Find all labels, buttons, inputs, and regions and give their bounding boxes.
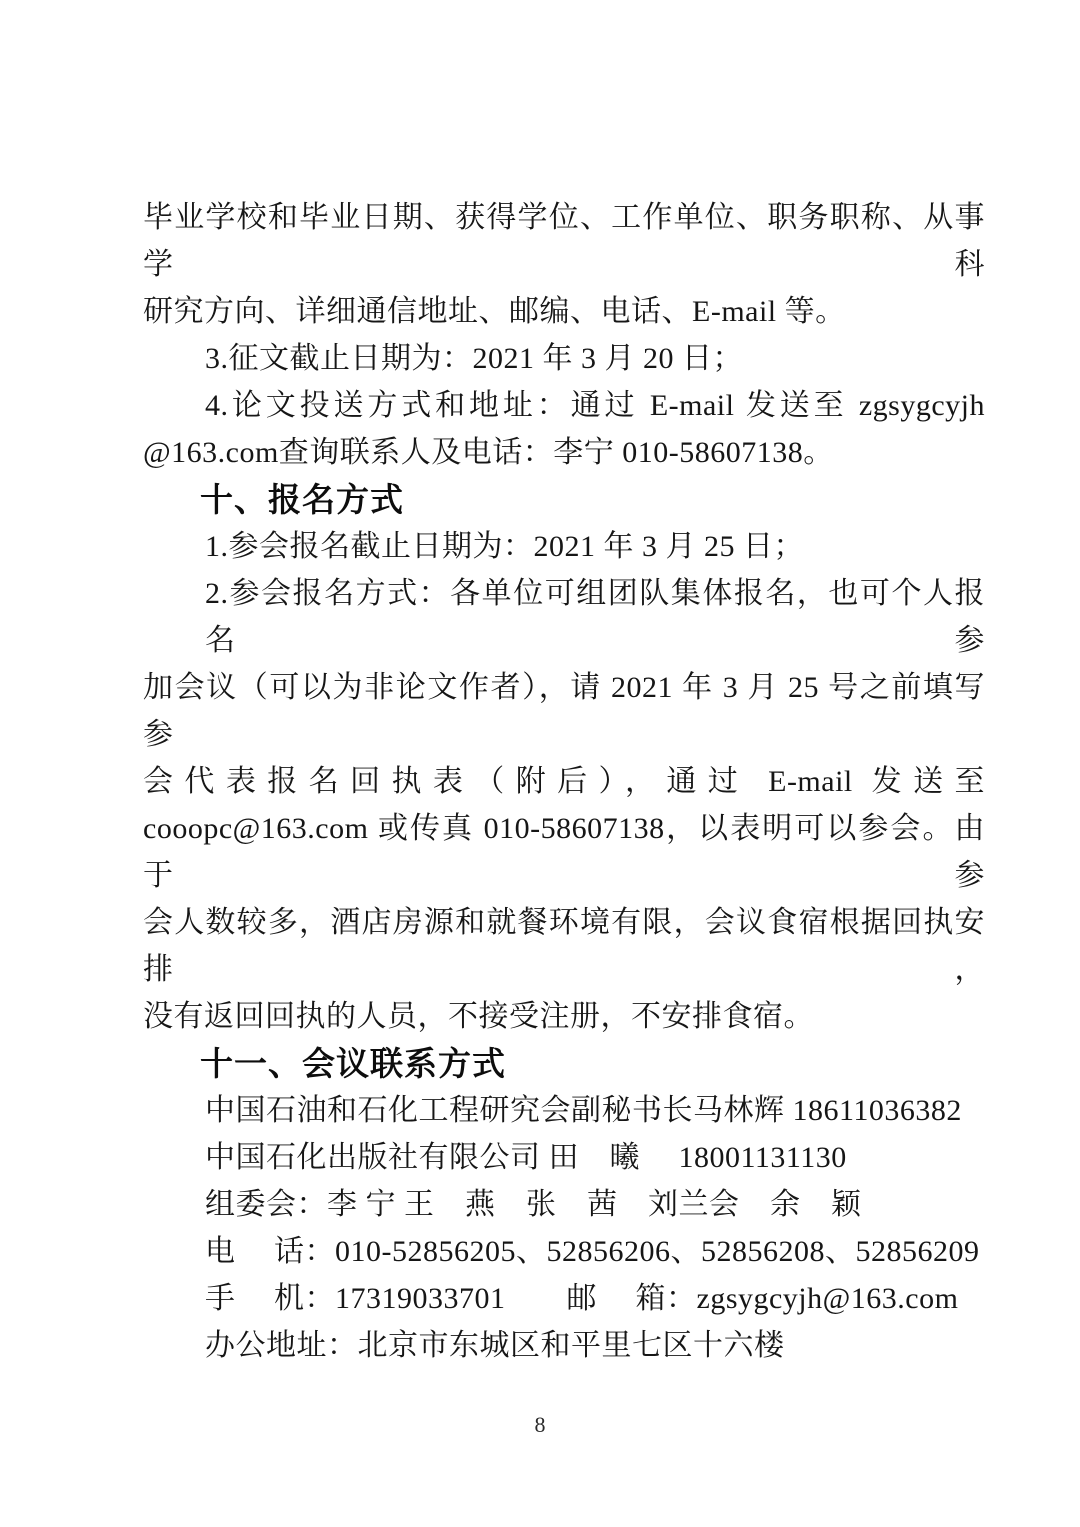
paragraph-line: 4.论文投送方式和地址：通过 E-mail 发送至 zgsygcyjh <box>143 382 985 429</box>
paragraph-line: 2.参会报名方式：各单位可组团队集体报名，也可个人报名参 <box>143 570 985 664</box>
paragraph-line: 加会议（可以为非论文作者），请 2021 年 3 月 25 号之前填写参 <box>143 664 985 758</box>
page-number: 8 <box>0 1410 1080 1440</box>
paragraph-line: 研究方向、详细通信地址、邮编、电话、E-mail 等。 <box>143 288 985 335</box>
contact-line: 手 机：17319033701 邮 箱：zgsygcyjh@163.com <box>143 1275 985 1322</box>
paragraph-line: 毕业学校和毕业日期、获得学位、工作单位、职务职称、从事学科 <box>143 194 985 288</box>
contact-line: 组委会：李 宁 王 燕 张 茜 刘兰会 余 颖 <box>143 1181 985 1228</box>
paragraph-line: 没有返回回执的人员，不接受注册，不安排食宿。 <box>143 993 985 1040</box>
contact-line: 中国石化出版社有限公司 田 曦 18001131130 <box>143 1134 985 1181</box>
paragraph-line: @163.com查询联系人及电话：李宁 010-58607138。 <box>143 429 985 476</box>
paragraph-line: 1.参会报名截止日期为：2021 年 3 月 25 日； <box>143 523 985 570</box>
contact-line: 电 话：010-52856205、52856206、52856208、52856… <box>143 1228 985 1275</box>
contact-line: 办公地址：北京市东城区和平里七区十六楼 <box>143 1322 985 1369</box>
document-text-block: 毕业学校和毕业日期、获得学位、工作单位、职务职称、从事学科 研究方向、详细通信地… <box>143 194 985 1369</box>
paragraph-line: 会代表报名回执表（附后），通过 E-mail 发送至 <box>143 758 985 805</box>
paragraph-line: cooopc@163.com 或传真 010-58607138，以表明可以参会。… <box>143 805 985 899</box>
section-heading-registration: 十、报名方式 <box>143 476 985 523</box>
contact-line: 中国石油和石化工程研究会副秘书长马林辉 18611036382 <box>143 1087 985 1134</box>
paragraph-line: 3.征文截止日期为：2021 年 3 月 20 日； <box>143 335 985 382</box>
document-page: 毕业学校和毕业日期、获得学位、工作单位、职务职称、从事学科 研究方向、详细通信地… <box>0 0 1080 1527</box>
section-heading-contact: 十一、会议联系方式 <box>143 1040 985 1087</box>
paragraph-line: 会人数较多，酒店房源和就餐环境有限，会议食宿根据回执安排， <box>143 899 985 993</box>
